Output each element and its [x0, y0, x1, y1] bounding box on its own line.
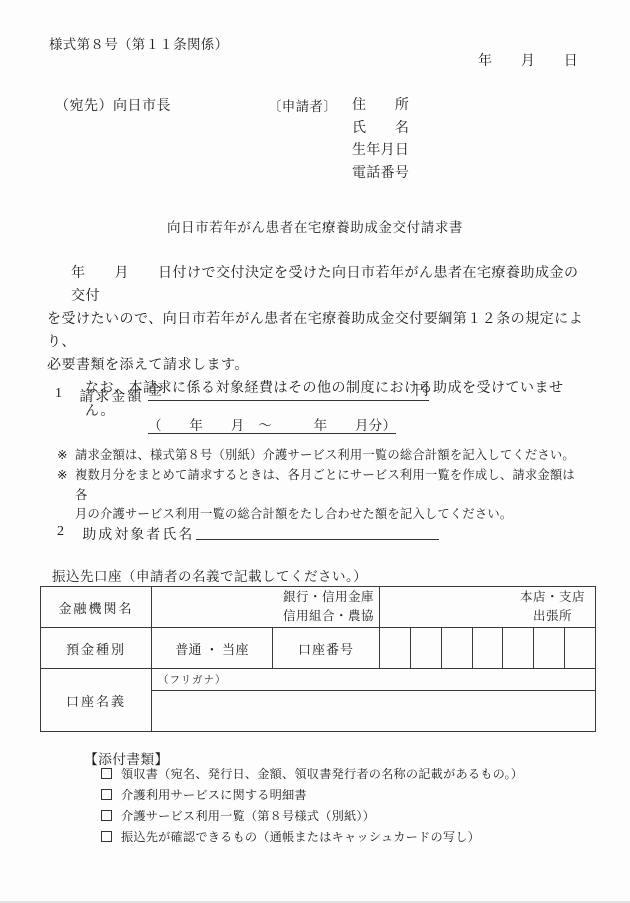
table-row-account-holder: 口座名義 （フリガナ）	[41, 669, 595, 731]
checkbox-icon	[101, 810, 112, 821]
bank-account-table: 金融機関名 銀行・信用金庫 信用組合・農協 本店・支店 出張所 預金種別 普通 …	[40, 586, 596, 732]
document-title: 向日市若年がん患者在宅療養助成金交付請求書	[0, 216, 630, 236]
body-line-2: を受けたいので、向日市若年がん患者在宅療養助成金交付要綱第１２条の規定により、	[47, 308, 587, 354]
body-line-1: 年 月 日付けで交付決定を受けた向日市若年がん患者在宅療養助成金の交付	[47, 262, 587, 308]
attachment-item: 介護サービス利用一覧（第８号様式（別紙））	[101, 805, 523, 826]
account-number-cell	[534, 628, 565, 668]
applicant-field-phone: 電話番号	[352, 163, 409, 186]
section1-label: 請求金額	[79, 386, 143, 406]
recipient-name-field	[196, 523, 439, 540]
attachment-item: 領収書（宛名、発行日、金額、領収書発行者の名称の記載があるもの。）	[101, 763, 523, 784]
account-number-cell	[565, 628, 595, 668]
deposit-type-options: 普通 ・ 当座	[152, 628, 273, 668]
table-row-financial-institution: 金融機関名 銀行・信用金庫 信用組合・農協 本店・支店 出張所	[41, 587, 595, 628]
account-number-cell	[442, 628, 473, 668]
note-2: ※ 複数月分をまとめて請求するときは、各月ごとにサービス利用一覧を作成し、請求金…	[57, 466, 587, 506]
addressee: （宛先）向日市長	[55, 95, 171, 115]
note-2-cont-marker	[57, 505, 75, 525]
note-2-text: 複数月分をまとめて請求するときは、各月ごとにサービス利用一覧を作成し、請求金額は…	[75, 466, 587, 506]
account-number-cells	[380, 628, 595, 668]
attachment-item-label: 介護利用サービスに関する明細書	[121, 786, 307, 803]
table-row-deposit-type: 預金種別 普通 ・ 当座 口座番号	[41, 628, 595, 669]
checkbox-icon	[101, 831, 112, 842]
notes-block: ※ 請求金額は、様式第８号（別紙）介護サービス利用一覧の総合計額を記入してくださ…	[57, 446, 587, 525]
applicant-field-birthdate: 生年月日	[352, 140, 409, 163]
section2-label: 助成対象者氏名	[82, 524, 194, 544]
account-number-cell	[473, 628, 504, 668]
attachment-item-label: 領収書（宛名、発行日、金額、領収書発行者の名称の記載があるもの。）	[121, 765, 523, 782]
account-holder-cells: （フリガナ）	[152, 669, 595, 731]
section2-heading: 2 助成対象者氏名	[57, 524, 194, 544]
bank-type-line2: 信用組合・農協	[283, 607, 374, 626]
date-line: 年 月 日	[478, 50, 578, 70]
applicant-field-address: 住 所	[352, 95, 409, 118]
note-2-marker: ※	[57, 466, 75, 506]
bank-type-line1: 銀行・信用金庫	[283, 588, 374, 607]
furigana-label: （フリガナ）	[152, 669, 595, 691]
section1-number: 1	[55, 386, 62, 406]
applicant-field-name: 氏 名	[352, 118, 409, 141]
section2-number: 2	[57, 524, 64, 544]
form-page: 様式第８号（第１１条関係） 年 月 日 （宛先）向日市長 〔申請者〕 住 所 氏…	[0, 0, 630, 903]
account-holder-cell	[152, 691, 595, 731]
account-holder-label: 口座名義	[41, 669, 152, 731]
account-number-label: 口座番号	[273, 628, 380, 668]
applicant-block: 〔申請者〕 住 所 氏 名 生年月日 電話番号	[268, 95, 409, 185]
applicant-fields: 住 所 氏 名 生年月日 電話番号	[352, 95, 409, 185]
section1-heading: 1 請求金額	[55, 386, 143, 406]
branch-type-options: 本店・支店 出張所	[520, 588, 585, 626]
note-1-text: 請求金額は、様式第８号（別紙）介護サービス利用一覧の総合計額を記入してください。	[75, 446, 575, 466]
account-number-cell	[411, 628, 442, 668]
branch-type-line2: 出張所	[520, 607, 585, 626]
attachments-list: 領収書（宛名、発行日、金額、領収書発行者の名称の記載があるもの。） 介護利用サー…	[101, 763, 523, 847]
attachment-item-label: 振込先が確認できるもの（通帳またはキャッシュカードの写し）	[121, 828, 480, 845]
attachment-item: 介護利用サービスに関する明細書	[101, 784, 523, 805]
amount-suffix: 円	[415, 380, 429, 400]
bank-type-options: 銀行・信用金庫 信用組合・農協	[283, 588, 374, 626]
branch-type-line1: 本店・支店	[520, 588, 585, 607]
amount-prefix: 金	[148, 380, 162, 400]
account-number-cell	[503, 628, 534, 668]
claim-amount-field: 金 円	[148, 380, 429, 401]
bank-name-cell: 銀行・信用金庫 信用組合・農協	[152, 587, 380, 627]
financial-institution-label: 金融機関名	[41, 587, 152, 627]
account-number-cell	[380, 628, 411, 668]
branch-name-cell: 本店・支店 出張所	[380, 587, 595, 627]
form-number: 様式第８号（第１１条関係）	[49, 33, 228, 53]
applicant-label: 〔申請者〕	[268, 95, 337, 185]
note-1: ※ 請求金額は、様式第８号（別紙）介護サービス利用一覧の総合計額を記入してくださ…	[57, 446, 587, 466]
note-1-marker: ※	[57, 446, 75, 466]
claim-period-field: （ 年 月 ～ 年 月分）	[148, 414, 396, 434]
checkbox-icon	[101, 789, 112, 800]
attachment-item: 振込先が確認できるもの（通帳またはキャッシュカードの写し）	[101, 826, 523, 847]
bank-account-heading: 振込先口座（申請者の名義で記載してください。）	[52, 565, 367, 585]
body-line-3: 必要書類を添えて請求します。	[47, 354, 587, 377]
deposit-type-label: 預金種別	[41, 628, 152, 668]
checkbox-icon	[101, 768, 112, 779]
attachment-item-label: 介護サービス利用一覧（第８号様式（別紙））	[121, 807, 375, 824]
